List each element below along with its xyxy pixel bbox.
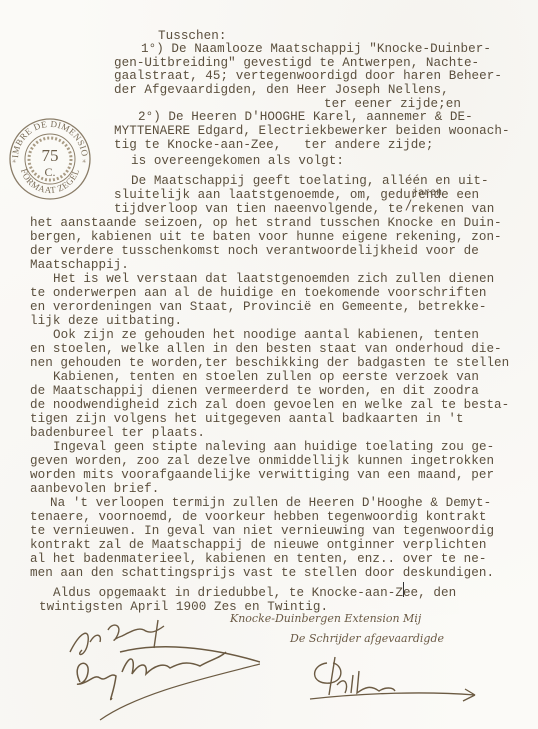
text-cursor [403, 582, 404, 597]
signature-caption-delegate: De Schrijder afgevaardigde [290, 632, 444, 645]
fiscal-stamp-icon: TIMBRE DE DIMENSION FORMAAT ZEGEL 75 C. … [6, 113, 94, 201]
document-line: der Afgevaardigden, den Heer Joseph Nell… [114, 84, 449, 97]
signature-dhooghe [60, 612, 260, 722]
document-line: de noodwendigheid zich zal doen gevoelen… [30, 399, 509, 412]
document-line: Maatschappij. [30, 259, 129, 272]
document-line: lijk deze uitbating. [30, 315, 182, 328]
handwritten-insertion: jaren [412, 188, 442, 199]
document-line: badenbureel ter plaats. [30, 427, 205, 440]
document-line: te onderwerpen aan al de huidige en toek… [30, 287, 486, 300]
document-line: Kabienen, tenten en stoelen zullen op ee… [53, 371, 479, 384]
document-line: het aanstaande seizoen, op het strand tu… [30, 217, 502, 230]
svg-text:✳: ✳ [82, 158, 87, 166]
document-line: Ook zijn ze gehouden het noodige aantal … [53, 329, 479, 342]
document-line: Het is wel verstaan dat laatstgenoemden … [53, 273, 494, 286]
document-line: men aan den schattingsprijs vast te stel… [30, 567, 494, 580]
document-line: Aldus opgemaakt in driedubbel, te Knocke… [53, 587, 456, 600]
document-line: tigen zijn volgens het uitgegeven aantal… [30, 413, 464, 426]
document-line: nen gehouden te worden,ter beschikking d… [30, 357, 509, 370]
document-line: der verdere tusschenkomst noch verantwoo… [30, 245, 479, 258]
document-line: aanbevolen brief. [30, 483, 159, 496]
document-line: 1°) De Naamlooze Maatschappij "Knocke-Du… [141, 43, 491, 56]
document-line: Na 't verloopen termijn zullen de Heeren… [50, 497, 491, 510]
document-line: en verordeningen van Staat, Provincië en… [30, 301, 486, 314]
document-line: tig te Knocke-aan-Zee, ter andere zijde; [114, 139, 434, 152]
document-line: tijdverloop van tien naeenvolgende, te r… [114, 203, 494, 216]
document-page: TIMBRE DE DIMENSION FORMAAT ZEGEL 75 C. … [0, 0, 538, 729]
signature-caption-company: Knocke-Duinbergen Extension Mij [230, 612, 421, 625]
document-line: Ingeval geen stipte naleving aan huidige… [53, 441, 494, 454]
document-line: worden mits voorafgaandelijke verwittigi… [30, 469, 494, 482]
document-line: kontrakt zal de Maatschappij de nieuwe o… [30, 539, 486, 552]
signature-nellens [305, 655, 480, 705]
document-line: MYTTENAERE Edgard, Electriekbewerker bei… [114, 125, 510, 138]
stamp-value: 75 [42, 146, 59, 165]
document-line: te vernieuwen. In geval van niet vernieu… [30, 525, 494, 538]
stamp-unit: C. [44, 165, 55, 179]
document-line: 2°) De Heeren D'HOOGHE Karel, aannemer &… [138, 111, 473, 124]
document-line: de Maatschappij dienen vermeerderd te wo… [30, 385, 479, 398]
document-line: is overeengekomen als volgt: [131, 155, 344, 168]
document-line: geven worden, zoo zal dezelve onmiddelli… [30, 455, 494, 468]
svg-text:✳: ✳ [12, 158, 17, 166]
document-line: bergen, kabienen uit te baten voor hunne… [30, 231, 502, 244]
document-line: tenaere, voornoemd, de voorkeur hebben t… [30, 511, 486, 524]
document-line: De Maatschappij geeft toelating, alléén … [131, 175, 489, 188]
document-line: al het badenmaterieel, kabienen en tente… [30, 553, 486, 566]
document-line: en stoelen, welke allen in den besten st… [30, 343, 502, 356]
document-line: gaalstraat, 45; vertegenwoordigd door ha… [114, 70, 502, 83]
